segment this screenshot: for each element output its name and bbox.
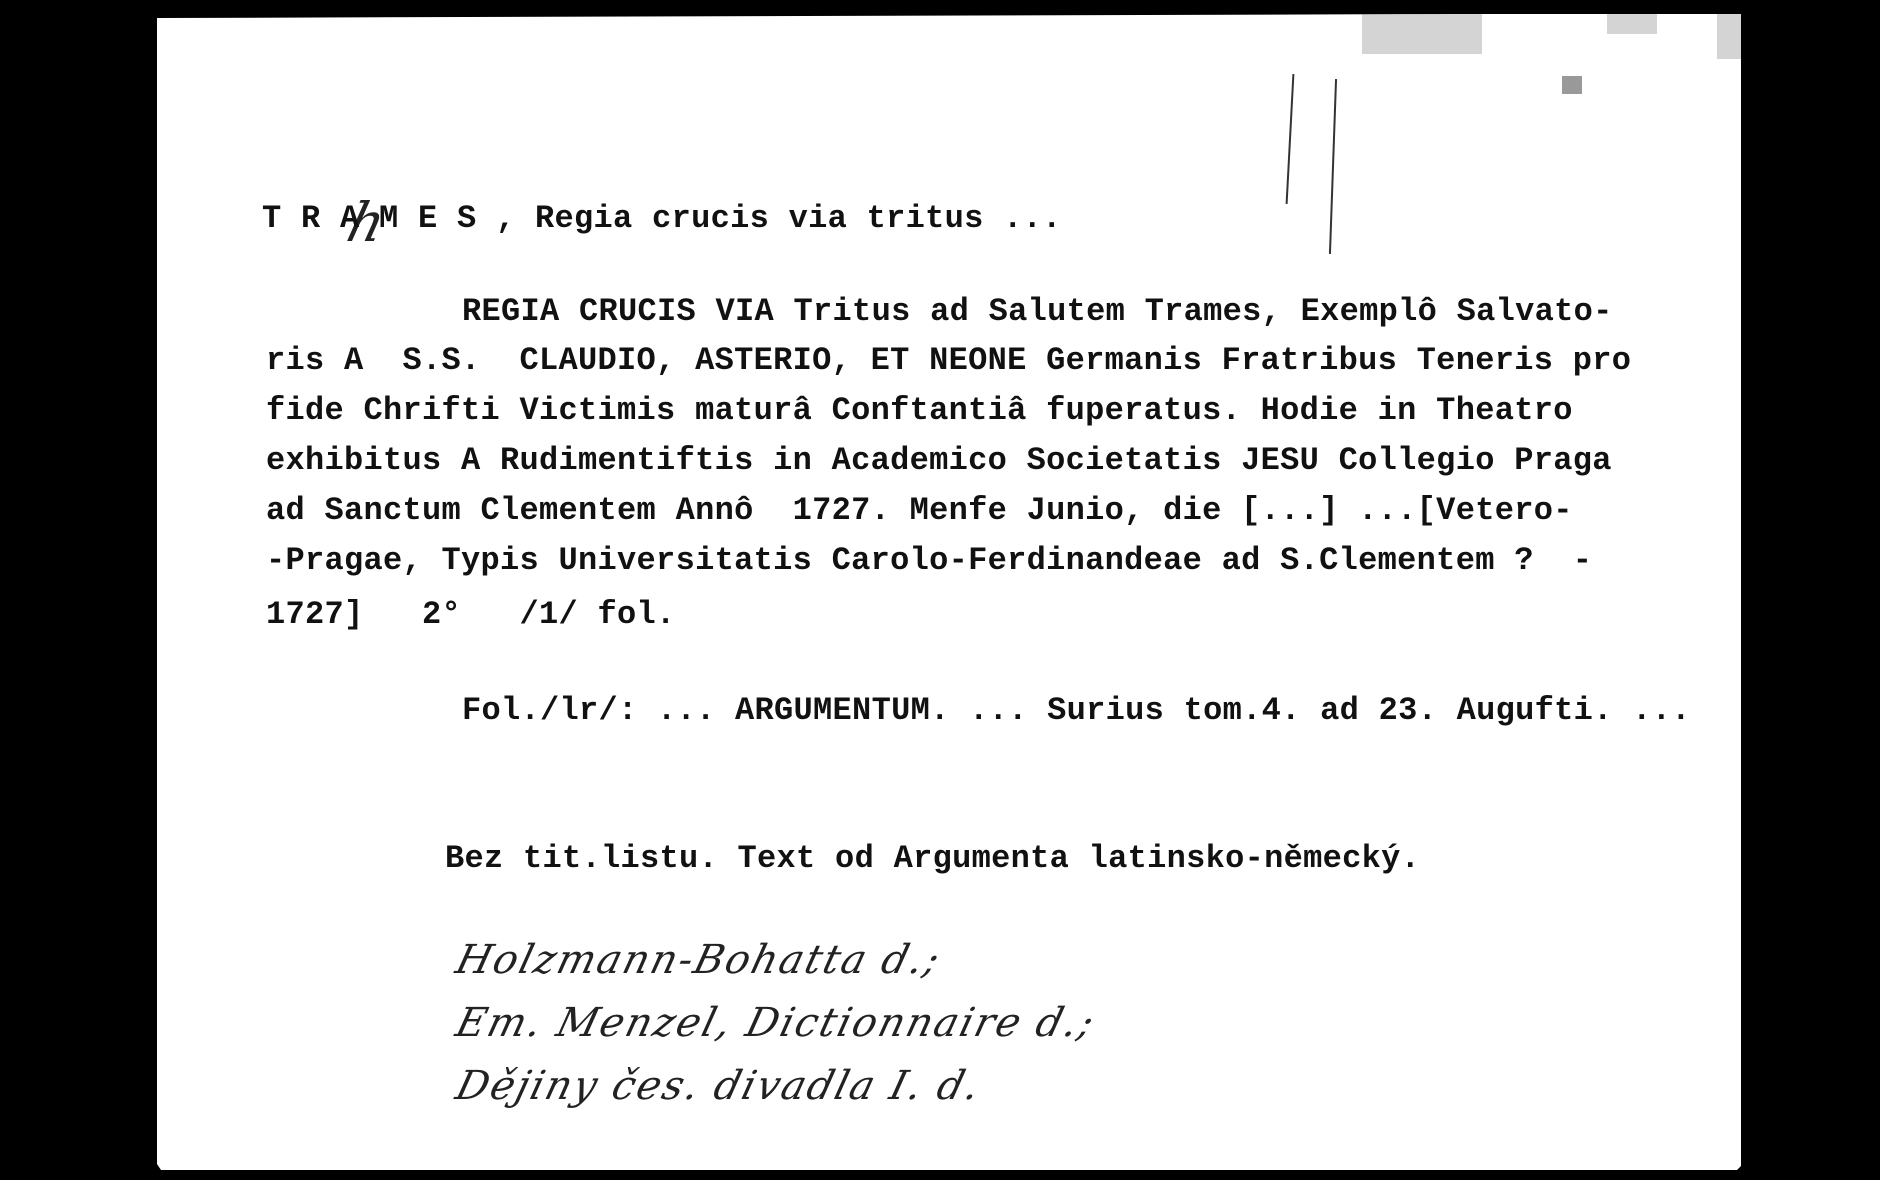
handwritten-ref: Em. Menzel, Dictionnaire d.; [449,992,1102,1054]
description-line: -Pragae, Typis Universitatis Carolo-Ferd… [266,536,1592,586]
description-line: ris A S.S. CLAUDIO, ASTERIO, ET NEONE Ge… [266,336,1631,386]
handwritten-ref: Holzmann-Bohatta d.; [449,929,948,991]
folio-note: Fol./lr/: ... ARGUMENTUM. ... Surius tom… [462,686,1691,736]
scan-scratch [1329,79,1337,254]
scan-noise [1717,14,1757,59]
remark: Bez tit.listu. Text od Argumenta latinsk… [445,834,1420,884]
description-line: ad Sanctum Clementem Annô 1727. Menfe Ju… [266,486,1573,536]
card-heading: T R A M E S , Regia crucis via tritus ..… [262,194,1062,244]
scan-noise [1362,14,1482,54]
handwritten-ref: Dějiny čes. divadla I. d. [449,1055,988,1117]
scan-noise [1607,14,1657,34]
description-line: exhibitus A Rudimentiftis in Academico S… [266,436,1612,486]
page-number: 1, [1824,1104,1880,1166]
description-line: fide Chrifti Victimis maturâ Conftantiâ … [266,386,1573,436]
scan-scratch [1286,74,1295,204]
description-line: 1727] 2° /1/ fol. [266,590,676,640]
scan-noise [1562,76,1582,94]
catalog-card: h T R A M E S , Regia crucis via tritus … [157,14,1741,1170]
description-line: REGIA CRUCIS VIA Tritus ad Salutem Trame… [462,287,1613,337]
